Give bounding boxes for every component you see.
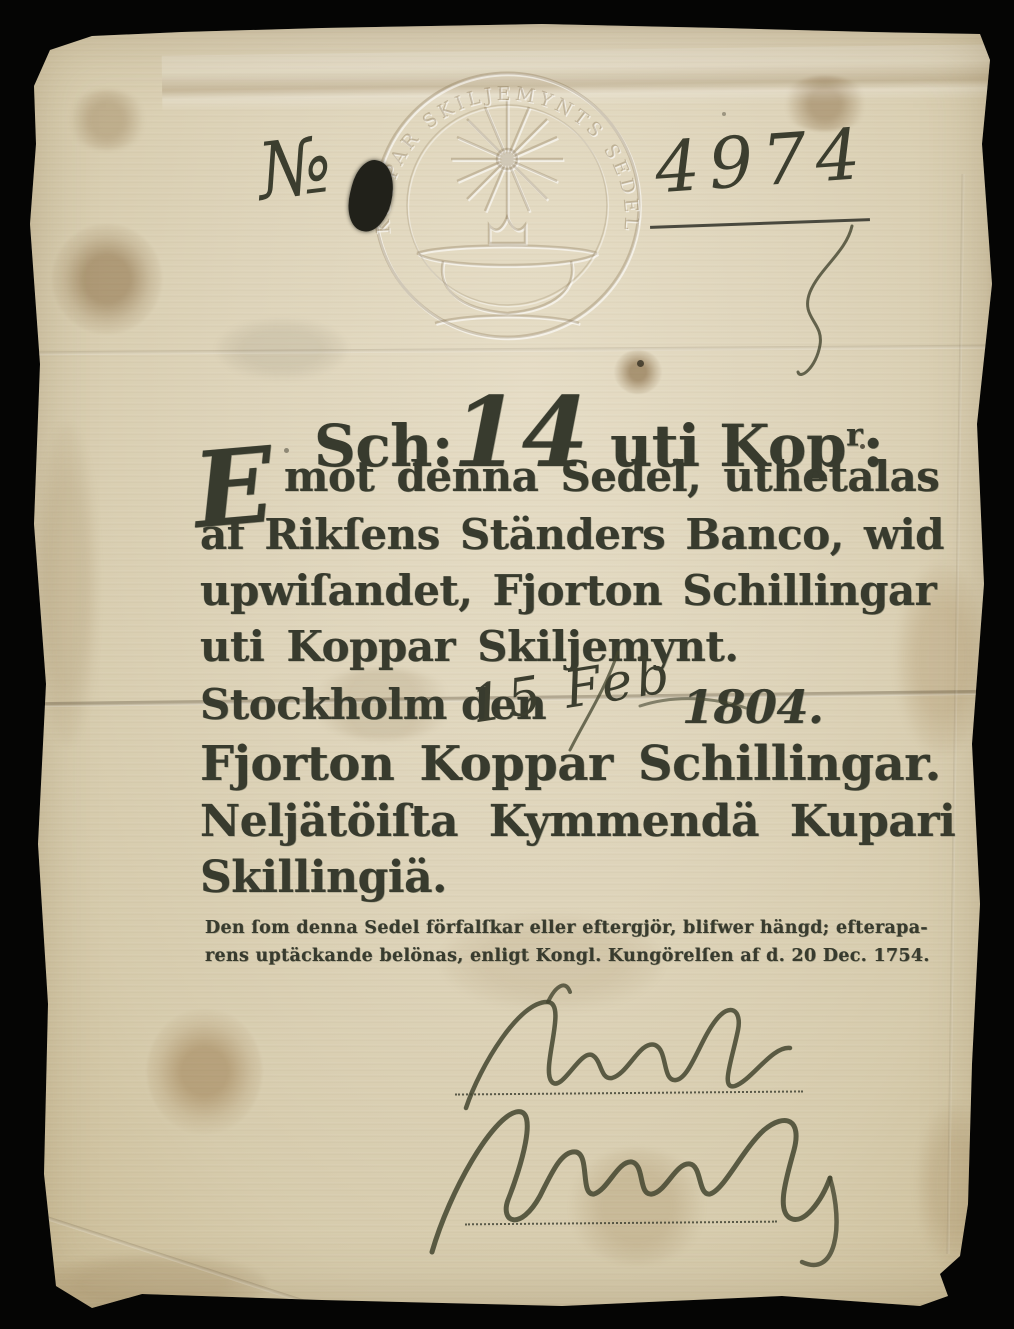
banknote-paper: KOPPAR SKILJEMYNTS SEDEL KOPPAR SKILJEMY… bbox=[22, 24, 997, 1312]
scan-background: KOPPAR SKILJEMYNTS SEDEL KOPPAR SKILJEMY… bbox=[0, 0, 1014, 1329]
edge-vignette bbox=[22, 24, 997, 1312]
